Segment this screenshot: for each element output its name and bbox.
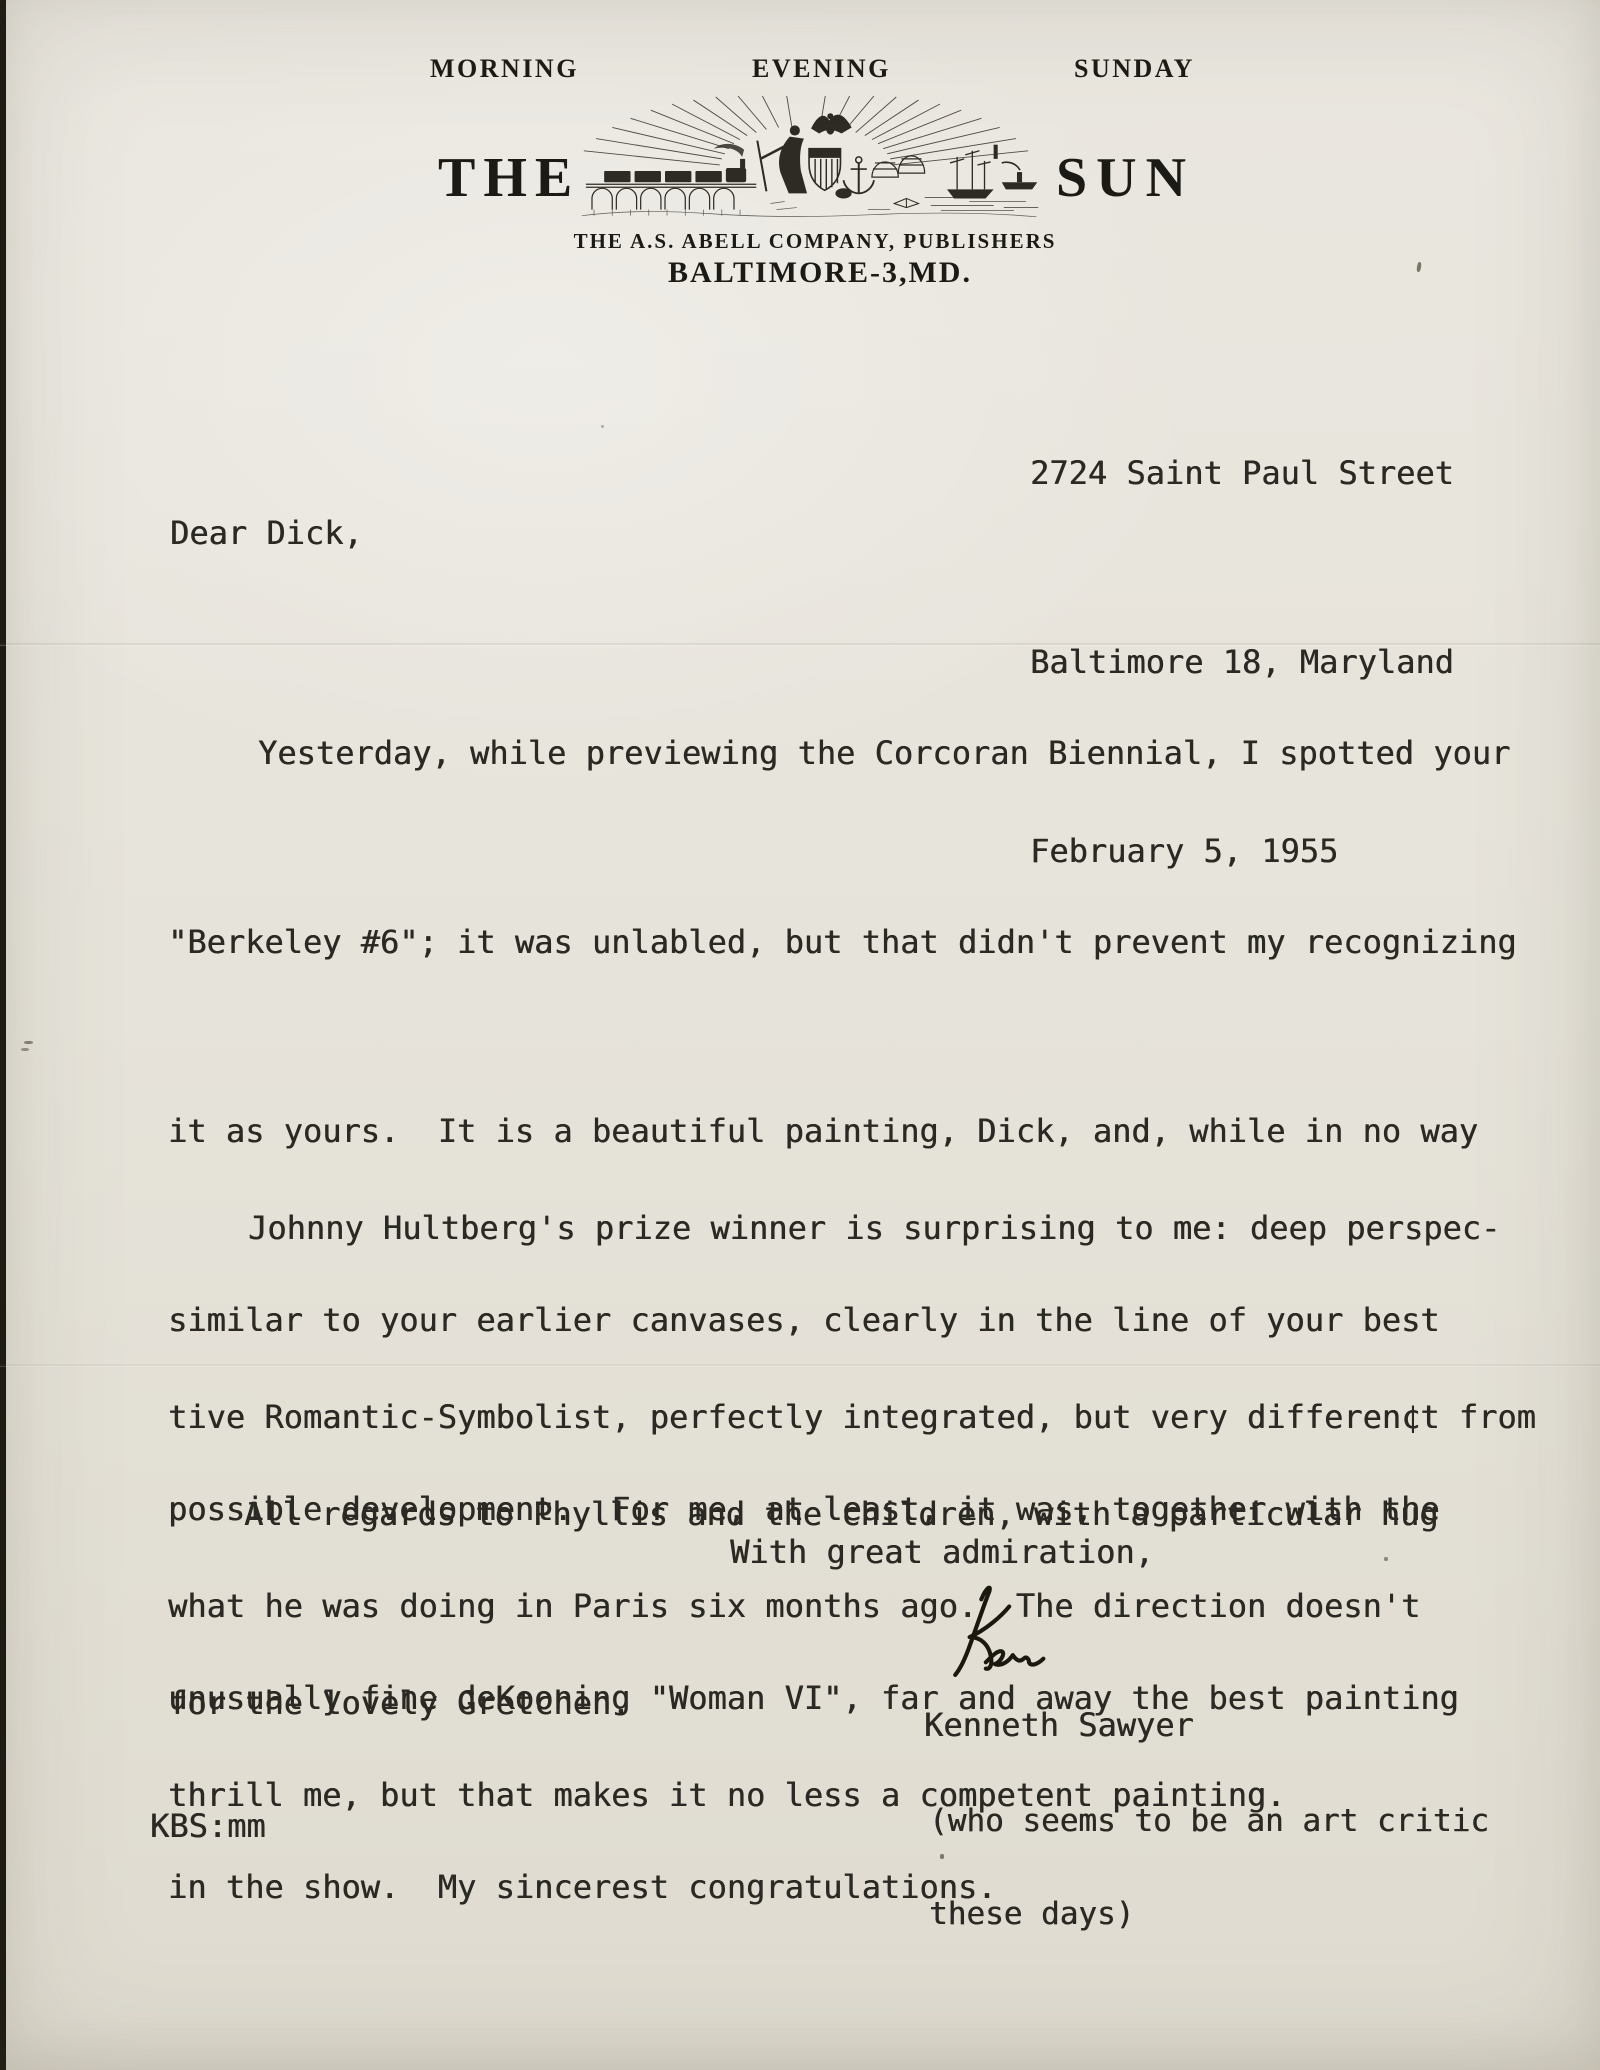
masthead-sun: SUN [1056, 150, 1195, 206]
light-for-all-emblem-icon [566, 96, 1046, 238]
publisher-line: THE A.S. ABELL COMPANY, PUBLISHERS [574, 231, 1057, 252]
scan-edge-strip [0, 0, 6, 2070]
masthead-the: THE [438, 150, 580, 206]
letter-line: Johnny Hultberg's prize winner is surpri… [168, 1197, 1536, 1260]
paper-speck [24, 1041, 33, 1044]
paper-speck [601, 425, 604, 428]
paper-speck [21, 1048, 29, 1051]
reference-initials: KBS:mm [150, 1806, 266, 1846]
letter-line: Yesterday, while previewing the Corcoran… [168, 722, 1517, 785]
address-line: 2724 Saint Paul Street [1030, 442, 1454, 505]
beehive-art [872, 156, 925, 177]
signature-note-line: (who seems to be an art critic [929, 1806, 1489, 1837]
valediction: With great admiration, [730, 1521, 1154, 1584]
paper-speck [1384, 1557, 1388, 1561]
letter-line: for the lovely Gretchen. [168, 1672, 1438, 1735]
paper-speck [940, 1854, 944, 1859]
signature-note: (who seems to be an art critic these day… [929, 1744, 1489, 1992]
harbor-ships-art [947, 145, 1037, 199]
signature-note-line: these days) [929, 1899, 1489, 1930]
edition-label-morning: MORNING [430, 56, 579, 82]
letter-line: "Berkeley #6"; it was unlabled, but that… [168, 911, 1517, 974]
edition-label-evening: EVENING [752, 56, 891, 82]
handwritten-signature [930, 1576, 1065, 1691]
city-line: BALTIMORE-3,MD. [668, 258, 972, 288]
letter-paper: MORNING EVENING SUNDAY THE [0, 0, 1600, 2070]
salutation: Dear Dick, [170, 502, 363, 565]
train-viaduct-art [586, 184, 756, 209]
paper-speck [1416, 262, 1422, 273]
edition-label-sunday: SUNDAY [1074, 56, 1195, 82]
